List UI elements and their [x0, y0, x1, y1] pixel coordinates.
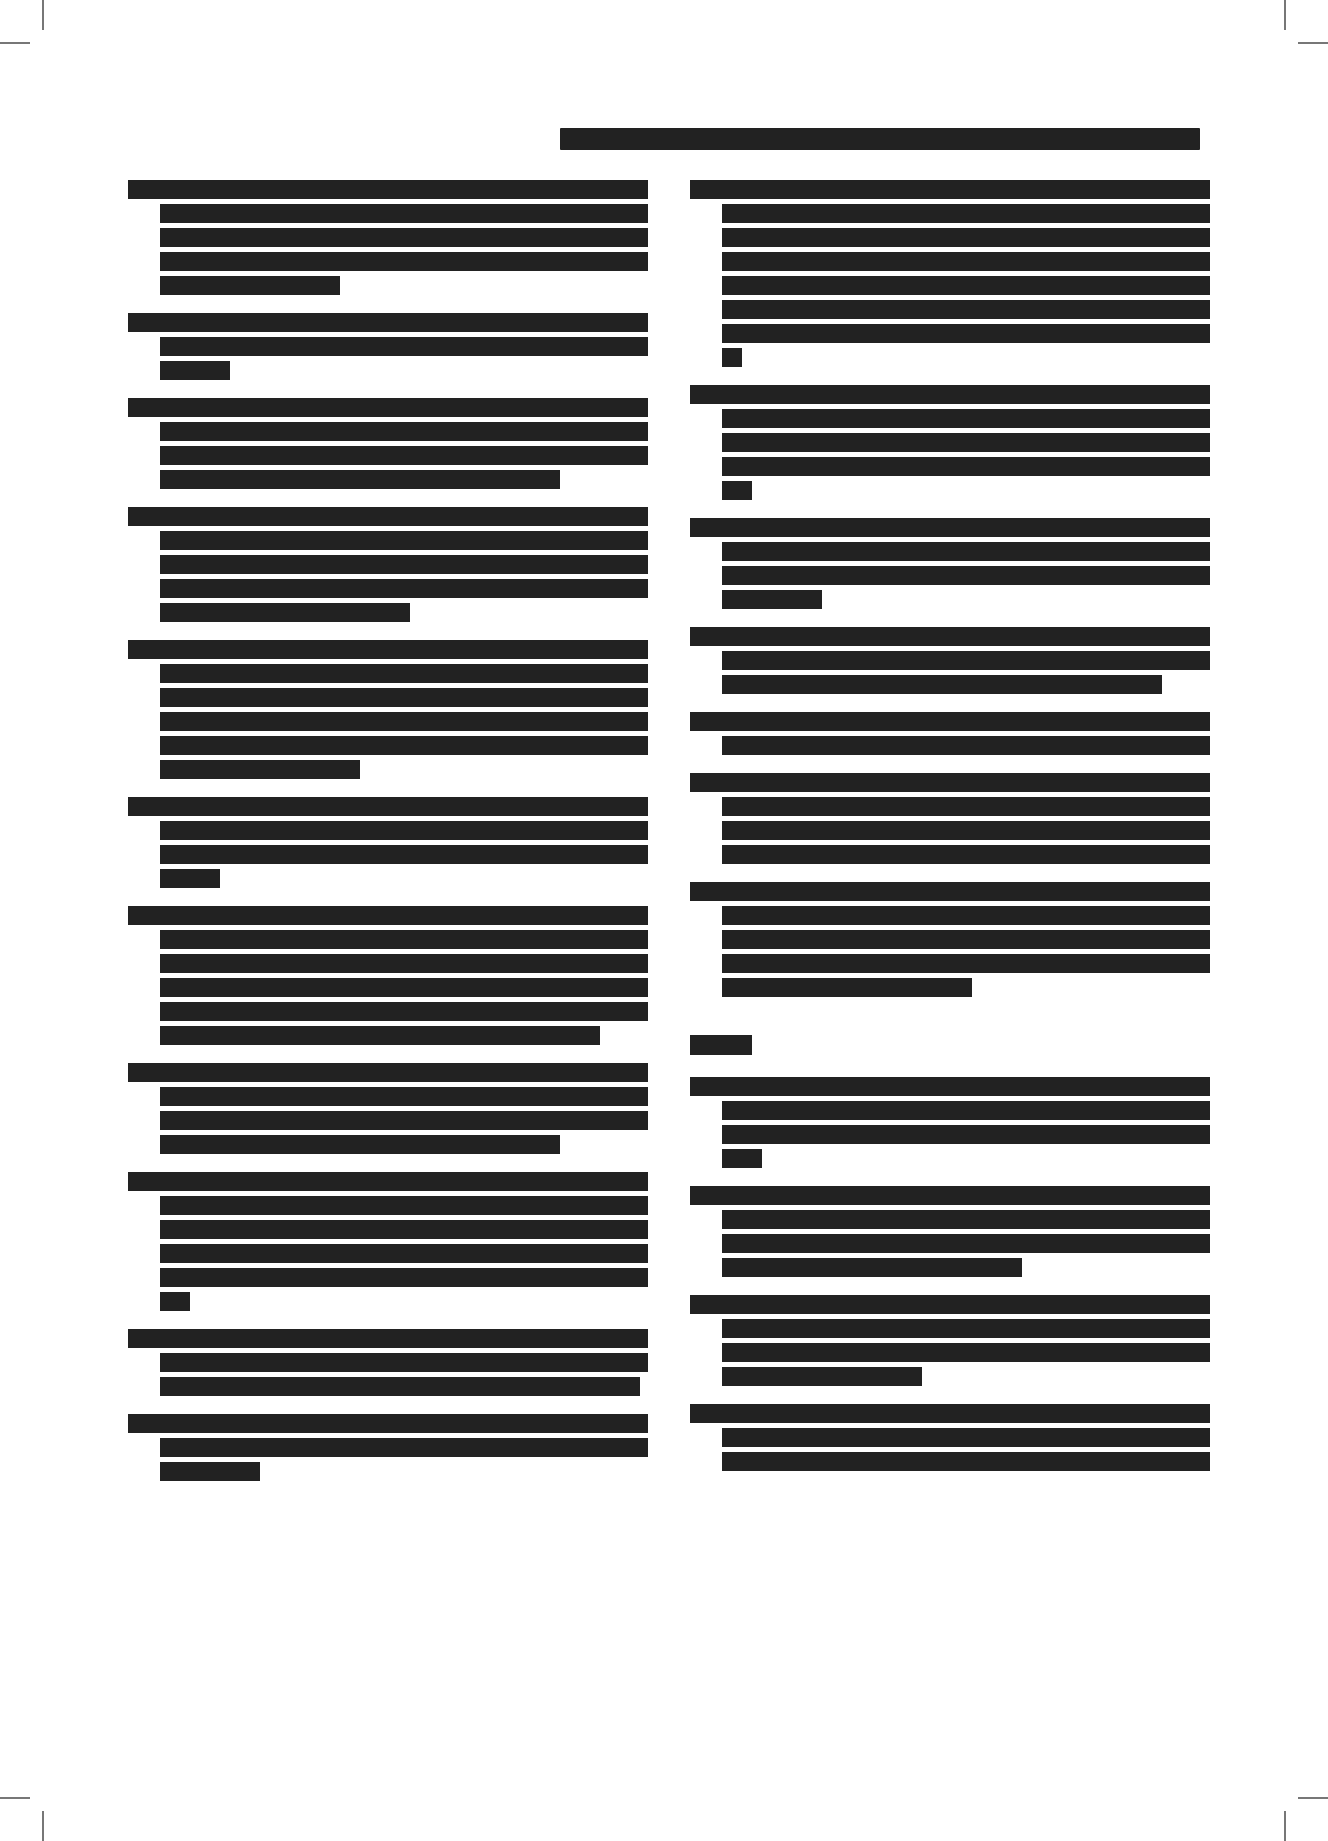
redacted-text-line — [160, 1292, 190, 1311]
redacted-text-line — [160, 1196, 648, 1215]
redacted-text-line — [722, 845, 1210, 864]
redacted-text-line — [160, 1002, 648, 1021]
reference-entry — [690, 882, 1210, 997]
reference-entry — [690, 773, 1210, 864]
reference-entry — [128, 398, 648, 489]
redacted-text-line — [160, 1026, 600, 1045]
redacted-text-line — [722, 906, 1210, 925]
redacted-text-line — [160, 930, 648, 949]
reference-entry — [690, 712, 1210, 755]
redacted-text-line — [160, 821, 648, 840]
redacted-text-line — [690, 518, 1210, 537]
redacted-text-line — [722, 590, 822, 609]
redacted-text-line — [722, 457, 1210, 476]
crop-mark-bottom-right-horizontal — [1298, 1797, 1328, 1799]
redacted-text-line — [160, 1268, 648, 1287]
redacted-text-line — [128, 398, 648, 417]
redacted-text-line — [128, 640, 648, 659]
redacted-text-line — [690, 385, 1210, 404]
reference-entry — [690, 1404, 1210, 1471]
redacted-text-line — [690, 1404, 1210, 1423]
section-heading-redacted — [690, 1035, 752, 1055]
redacted-text-line — [722, 1149, 762, 1168]
redacted-text-line — [722, 1234, 1210, 1253]
redacted-text-line — [722, 797, 1210, 816]
redacted-text-line — [128, 1414, 648, 1433]
redacted-text-line — [722, 1210, 1210, 1229]
redacted-text-line — [690, 1186, 1210, 1205]
redacted-text-line — [160, 204, 648, 223]
redacted-text-line — [722, 433, 1210, 452]
redacted-text-line — [722, 1428, 1210, 1447]
redacted-text-line — [722, 228, 1210, 247]
reference-entry — [690, 385, 1210, 500]
redacted-text-line — [160, 1111, 648, 1130]
redacted-text-line — [160, 1377, 640, 1396]
redacted-text-line — [722, 276, 1210, 295]
redacted-text-line — [160, 978, 648, 997]
redacted-text-line — [160, 603, 410, 622]
redacted-text-line — [722, 566, 1210, 585]
redacted-text-line — [160, 712, 648, 731]
reference-entry — [128, 1329, 648, 1396]
redacted-text-line — [722, 651, 1210, 670]
redacted-text-line — [722, 1367, 922, 1386]
crop-mark-top-right-vertical — [1284, 0, 1286, 30]
reference-entry — [128, 1414, 648, 1481]
redacted-text-line — [690, 712, 1210, 731]
crop-mark-top-right-horizontal — [1298, 42, 1328, 44]
redacted-text-line — [690, 882, 1210, 901]
redacted-text-line — [690, 180, 1210, 199]
redacted-text-line — [160, 1087, 648, 1106]
redacted-text-line — [160, 470, 560, 489]
redacted-text-line — [722, 1101, 1210, 1120]
redacted-text-line — [160, 361, 230, 380]
redacted-text-line — [160, 1220, 648, 1239]
redacted-text-line — [722, 954, 1210, 973]
redacted-text-line — [722, 1452, 1210, 1471]
redacted-text-line — [722, 821, 1210, 840]
crop-mark-bottom-left-horizontal — [0, 1797, 30, 1799]
redacted-text-line — [128, 906, 648, 925]
redacted-text-line — [160, 228, 648, 247]
reference-entry — [128, 640, 648, 779]
redacted-text-line — [128, 507, 648, 526]
redacted-text-line — [160, 688, 648, 707]
redacted-text-line — [722, 409, 1210, 428]
redacted-text-line — [128, 1172, 648, 1191]
redacted-text-line — [160, 555, 648, 574]
crop-mark-bottom-right-vertical — [1284, 1811, 1286, 1841]
redacted-text-line — [690, 1077, 1210, 1096]
redacted-text-line — [160, 736, 648, 755]
redacted-text-line — [128, 1329, 648, 1348]
redacted-text-line — [160, 579, 648, 598]
redacted-text-line — [722, 1319, 1210, 1338]
reference-entry — [690, 627, 1210, 694]
redacted-text-line — [160, 1353, 648, 1372]
reference-entry — [690, 180, 1210, 367]
redacted-text-line — [160, 337, 648, 356]
redacted-text-line — [722, 1343, 1210, 1362]
redacted-text-line — [128, 797, 648, 816]
right-column-references — [690, 180, 1210, 1489]
redacted-text-line — [722, 348, 742, 367]
redacted-text-line — [160, 276, 340, 295]
reference-entry — [128, 1172, 648, 1311]
redacted-text-line — [160, 954, 648, 973]
reference-entry — [690, 1077, 1210, 1168]
reference-entry — [128, 180, 648, 295]
crop-mark-top-left-horizontal — [0, 42, 30, 44]
redacted-text-line — [160, 252, 648, 271]
redacted-text-line — [722, 324, 1210, 343]
redacted-text-line — [128, 1063, 648, 1082]
redacted-text-line — [128, 180, 648, 199]
redacted-text-line — [722, 542, 1210, 561]
redacted-text-line — [722, 481, 752, 500]
crop-mark-top-left-vertical — [42, 0, 44, 30]
reference-entry — [128, 797, 648, 888]
redacted-text-line — [690, 773, 1210, 792]
redacted-text-line — [722, 300, 1210, 319]
reference-entry — [690, 1295, 1210, 1386]
running-header-redacted-text — [560, 128, 1200, 150]
redacted-text-line — [722, 1125, 1210, 1144]
redacted-text-line — [690, 627, 1210, 646]
redacted-text-line — [722, 252, 1210, 271]
redacted-text-line — [160, 664, 648, 683]
redacted-text-line — [128, 313, 648, 332]
redacted-text-line — [160, 531, 648, 550]
reference-entry — [128, 906, 648, 1045]
redacted-text-line — [160, 1244, 648, 1263]
redacted-text-line — [722, 736, 1210, 755]
redacted-text-line — [160, 845, 648, 864]
redacted-text-line — [160, 1462, 260, 1481]
reference-entry — [690, 1186, 1210, 1277]
redacted-text-line — [722, 204, 1210, 223]
reference-entry — [128, 313, 648, 380]
reference-entry — [690, 518, 1210, 609]
redacted-text-line — [160, 422, 648, 441]
redacted-text-line — [160, 1135, 560, 1154]
running-header — [560, 128, 1200, 152]
redacted-text-line — [160, 760, 360, 779]
redacted-text-line — [722, 675, 1162, 694]
redacted-text-line — [160, 869, 220, 888]
redacted-text-line — [722, 1258, 1022, 1277]
redacted-text-line — [722, 978, 972, 997]
left-column-references — [128, 180, 648, 1499]
reference-entry — [128, 507, 648, 622]
crop-mark-bottom-left-vertical — [42, 1811, 44, 1841]
redacted-text-line — [160, 1438, 648, 1457]
redacted-text-line — [160, 446, 648, 465]
reference-entry — [128, 1063, 648, 1154]
redacted-text-line — [690, 1295, 1210, 1314]
redacted-text-line — [722, 930, 1210, 949]
